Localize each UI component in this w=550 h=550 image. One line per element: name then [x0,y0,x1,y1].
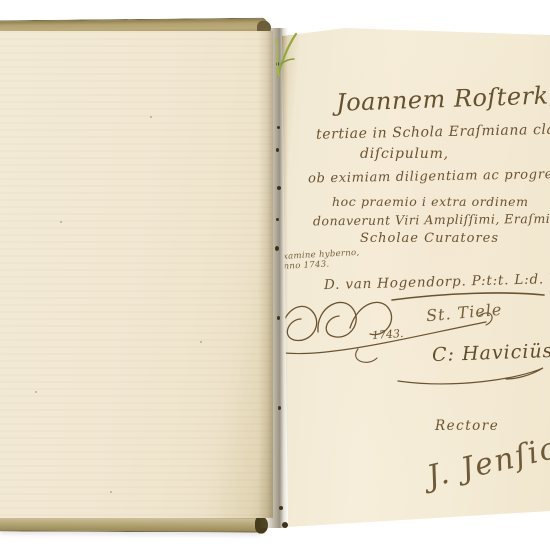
paper-speck [110,491,112,493]
flourished-signature-year: 1743. [372,328,404,342]
second-signature: C: Haviciüs [432,341,550,366]
photo-open-book: Joannem Roſterk, tertiae in Schola Eraſm… [0,0,550,550]
inscription-recipient: Joannem Roſterk, [336,82,550,116]
marginal-note: examine hyberno, anno 1743. [278,248,361,272]
paper-speck [35,391,37,393]
book-gutter [258,28,288,528]
paper-speck [150,116,152,118]
inscription-line-7: Scholae Curatores [360,232,499,246]
book-cover-bottom-edge [0,516,263,532]
curator-underline [392,293,544,300]
rector-signature: J. Jenſio [424,431,550,493]
inscription-page: Joannem Roſterk, tertiae in Schola Eraſm… [280,28,550,530]
inscription-line-3: diſcipulum, [360,147,449,162]
stitch-knot [277,186,281,190]
stitch-knot [276,148,279,152]
stitch-knot [277,126,280,129]
signature-flourish-curl [356,349,377,362]
stitch-knot [278,406,281,410]
inscription-line-5: hoc praemio i extra ordinem [332,195,529,209]
curator-signature: D. van Hogendorp. P:t:t. L:d. W [324,272,550,293]
flourished-signature: St. Tiele [425,301,503,325]
green-sprig [263,30,299,80]
stitch-knot [279,506,283,510]
inscription-line-6: donaverunt Viri Ampliſſimi, Eraſmianae [313,212,550,229]
left-blank-page [0,31,273,518]
stitch-knot [277,316,280,320]
signature-flourish-loop [318,302,356,337]
rector-label: Rectore [435,419,499,434]
stitch-knot [282,522,288,528]
havicius-swash [398,368,543,384]
inscription-line-4: ob eximiam diligentiam ac progreſſus, [308,168,550,187]
paper-speck [60,221,62,223]
stitch-knot [275,246,279,251]
inscription-line-2: tertiae in Schola Eraſmiana claſſis [316,122,550,143]
paper-speck [200,341,202,343]
stitch-knot [276,218,279,221]
